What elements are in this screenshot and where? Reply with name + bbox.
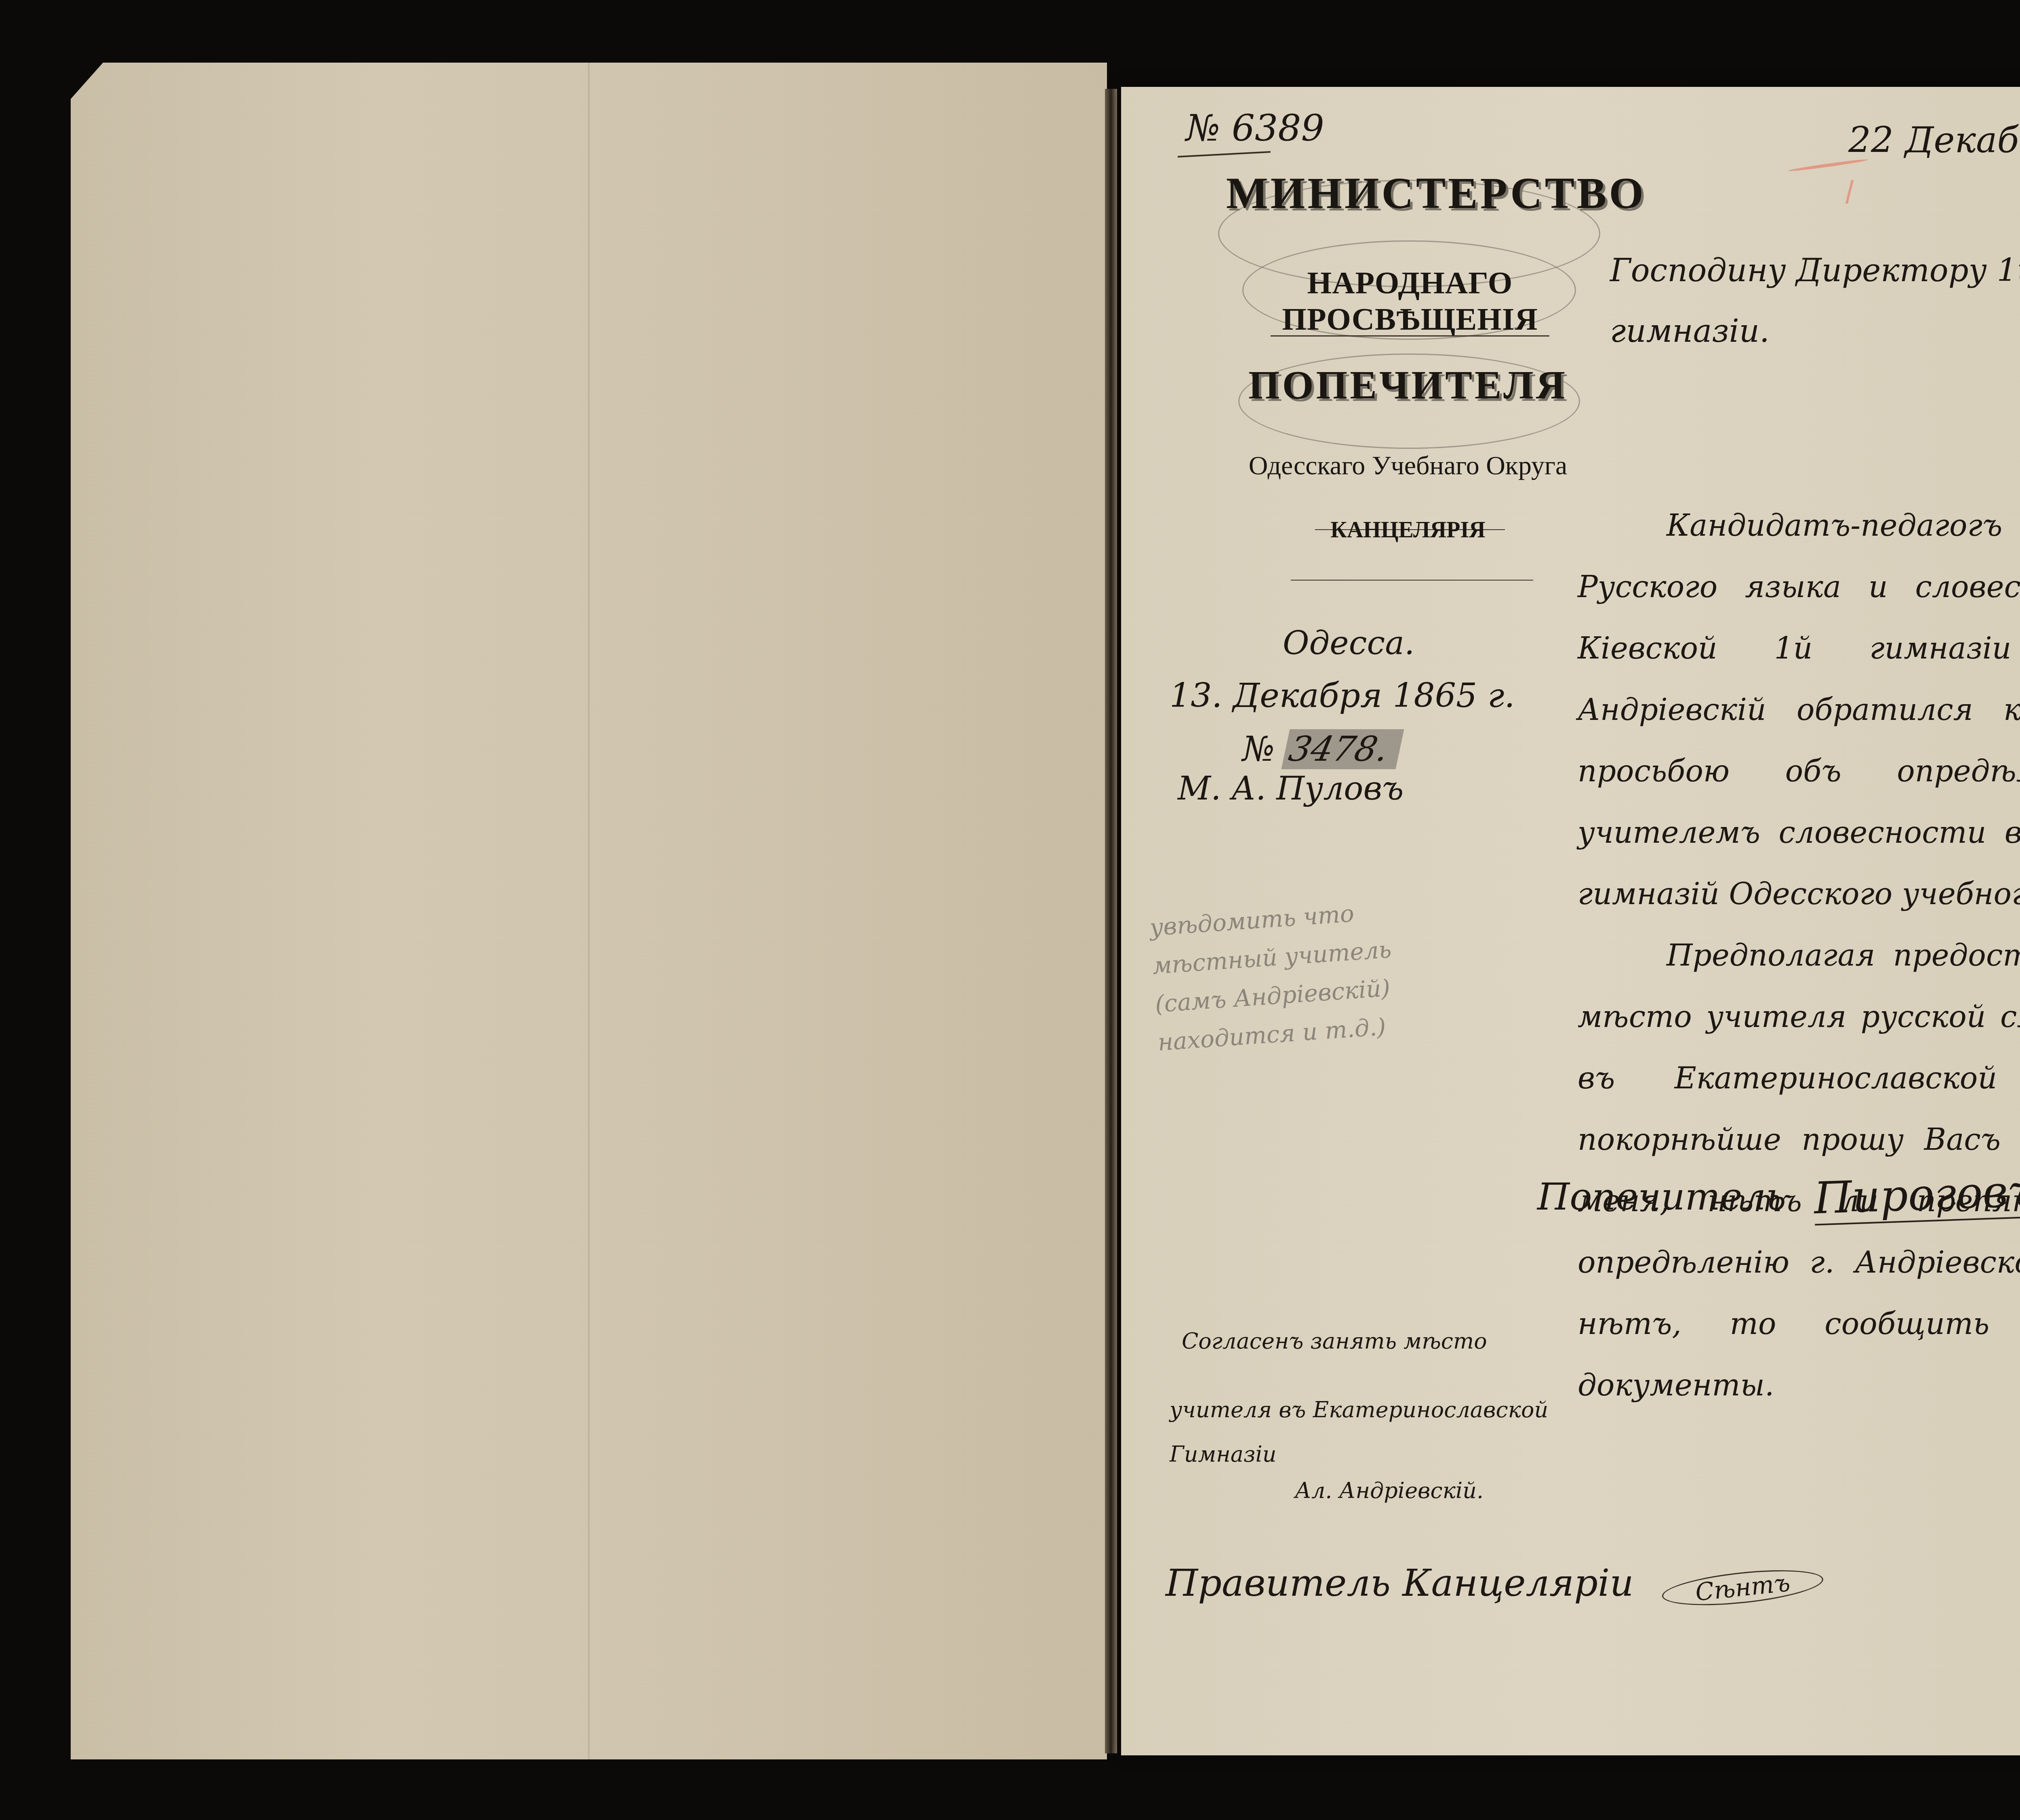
chancery-signature-block: Правитель Канцеляріи Сѣнтъ bbox=[1166, 1561, 1824, 1605]
issue-date: 13. Декабря 1865 г. bbox=[1170, 677, 1515, 715]
binding-spine bbox=[1105, 89, 1117, 1753]
consent-line: учителя въ Екатеринославской bbox=[1133, 1388, 1820, 1432]
registration-number-underline bbox=[1178, 151, 1271, 158]
letterhead-rule bbox=[1271, 335, 1549, 337]
chancery-signature: Сѣнтъ bbox=[1660, 1564, 1825, 1612]
signature-name: Пироговъ bbox=[1813, 1166, 2020, 1225]
red-pencil-stroke bbox=[1788, 158, 1868, 173]
letterhead-chancery: КАНЦЕЛЯРІЯ bbox=[1242, 517, 1574, 543]
pencil-annotation: увѣдомить что мѣстный учитель (самъ Андр… bbox=[1149, 890, 1433, 1062]
right-page: № 6389 22 Декабр. з МИНИСТЕРСТВО НАРОДНА… bbox=[1121, 87, 2020, 1755]
chancery-title: Правитель Канцеляріи bbox=[1166, 1561, 1634, 1605]
letterhead-rule bbox=[1291, 580, 1533, 581]
letterhead-ministry: МИНИСТЕРСТВО bbox=[1226, 168, 1590, 219]
signature-title: Попечитель bbox=[1537, 1175, 1786, 1218]
consent-line: Согласенъ занять мѣсто bbox=[1133, 1319, 1820, 1363]
outgoing-number-prefix: № bbox=[1242, 729, 1275, 769]
letterhead-trustee: ПОПЕЧИТЕЛЯ bbox=[1242, 362, 1574, 408]
registration-number: № 6389 bbox=[1186, 107, 1324, 149]
received-date: 22 Декабр. з bbox=[1848, 119, 2020, 161]
scan-background: № 6389 22 Декабр. з МИНИСТЕРСТВО НАРОДНА… bbox=[0, 0, 2020, 1820]
letterhead-district: Одесскаго Учебнаго Округа bbox=[1214, 450, 1602, 481]
letter-body: Кандидатъ-педагогъ по отдѣлу Русского яз… bbox=[1578, 495, 2020, 1416]
received-date-text: 22 Декабр. bbox=[1848, 119, 2020, 161]
trustee-signature-block: Попечитель Пироговъ bbox=[1537, 1170, 2020, 1222]
letterhead-public-education: НАРОДНАГО ПРОСВѢЩЕНІЯ bbox=[1208, 265, 1612, 337]
left-page bbox=[71, 63, 1107, 1759]
consent-note: Согласенъ занять мѣсто учителя въ Екатер… bbox=[1133, 1319, 1820, 1513]
left-page-fold-crease bbox=[588, 63, 590, 1759]
addressee: Господину Директору 1й Кіевской гимназіи… bbox=[1610, 240, 2020, 362]
outgoing-number-value: 3478. bbox=[1281, 729, 1404, 769]
body-paragraph: Кандидатъ-педагогъ по отдѣлу Русского яз… bbox=[1578, 495, 2020, 925]
red-pencil-tick bbox=[1845, 180, 1854, 204]
place-of-issue: Одесса. bbox=[1283, 624, 1414, 662]
outgoing-number: № 3478. bbox=[1242, 729, 1400, 769]
margin-signature: М. А. Пуловъ bbox=[1178, 770, 1403, 807]
